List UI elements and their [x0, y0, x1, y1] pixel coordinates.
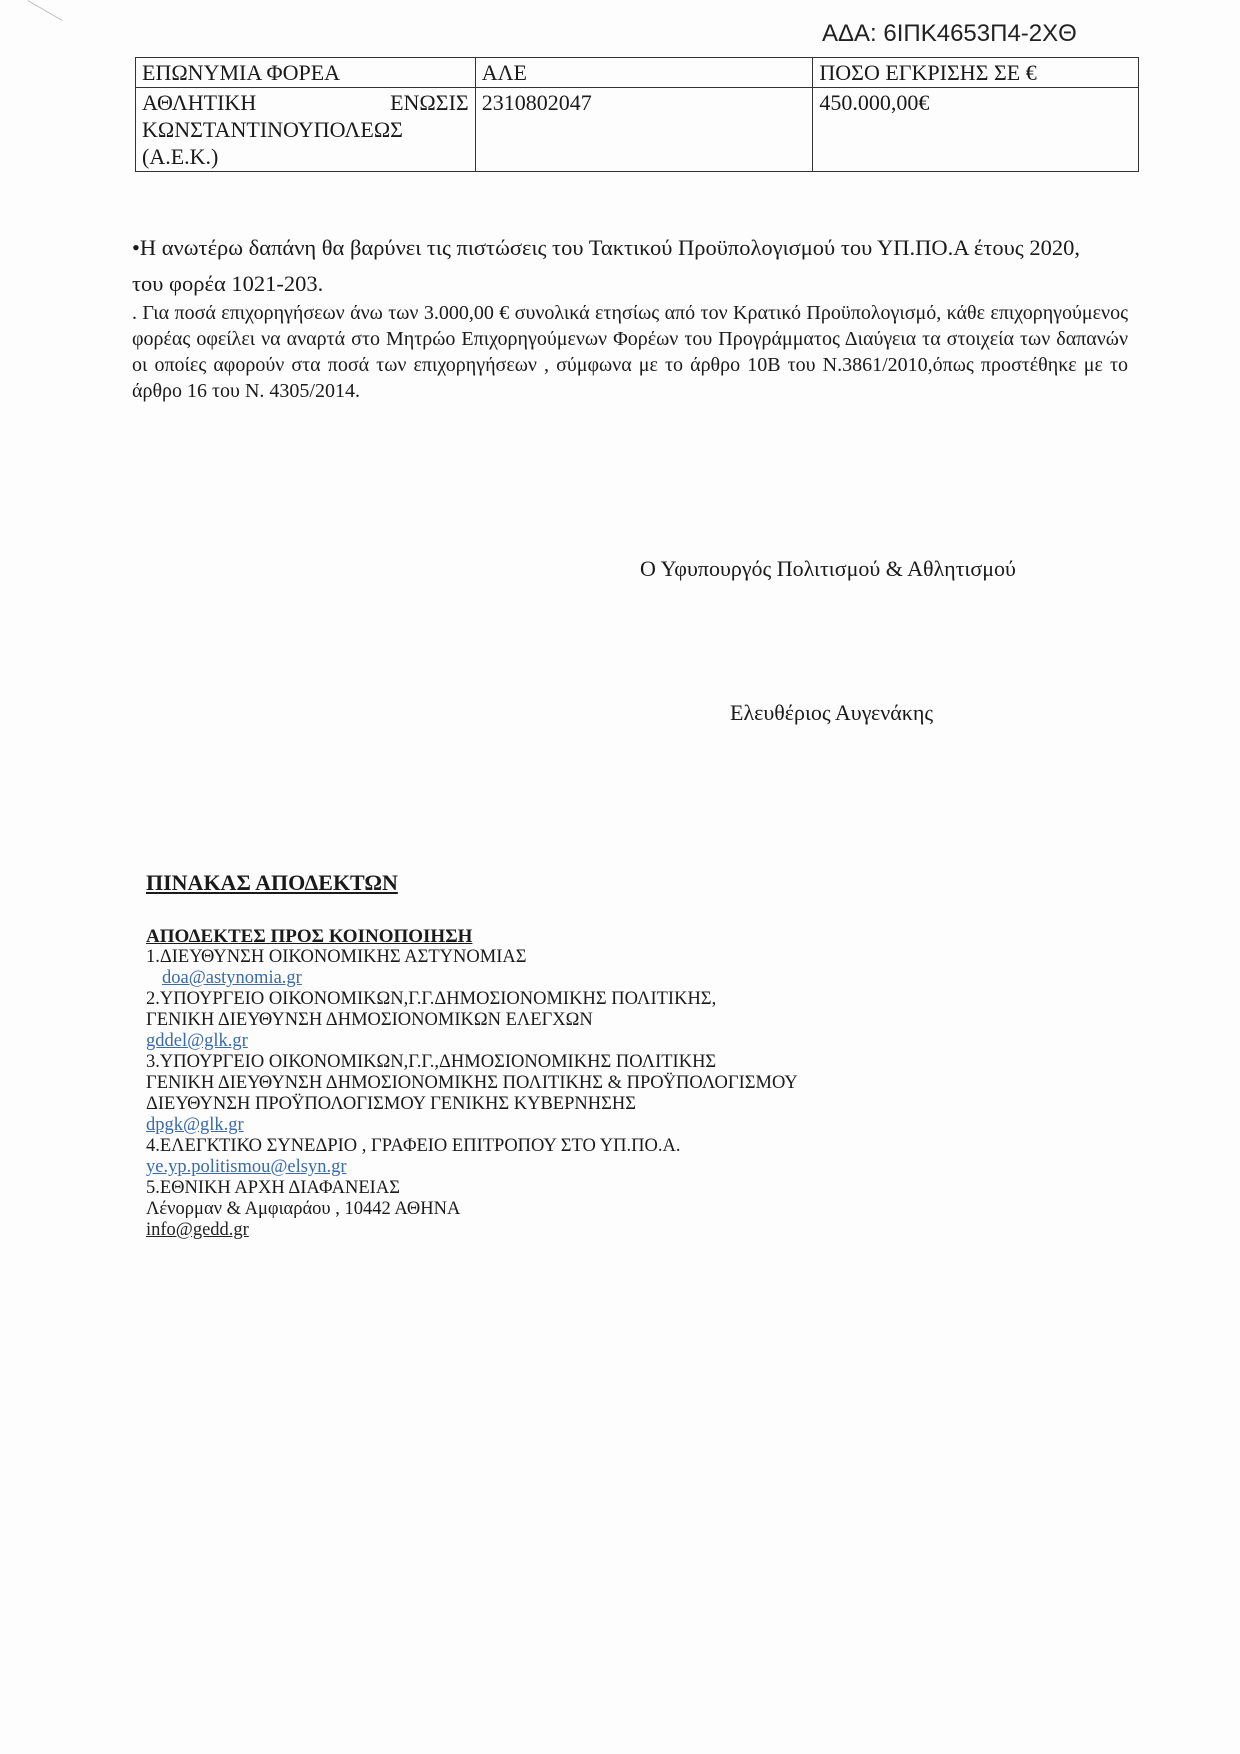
signatory-title: Ο Υφυπουργός Πολιτισμού & Αθλητισμού [640, 556, 1016, 582]
ada-code: ΑΔΑ: 6ΙΠΚ4653Π4-2ΧΘ [822, 20, 1077, 48]
recipient-line: 4.ΕΛΕΓΚΤΙΚΟ ΣΥΝΕΔΡΙΟ , ΓΡΑΦΕΙΟ ΕΠΙΤΡΟΠΟΥ… [146, 1136, 798, 1157]
table-row: ΑΘΛΗΤΙΚΗ ΕΝΩΣΙΣ ΚΩΝΣΤΑΝΤΙΝΟΥΠΟΛΕΩΣ (Α.Ε.… [136, 88, 1139, 172]
signatory-name: Ελευθέριος Αυγενάκης [730, 700, 933, 726]
list-item: 5.ΕΘΝΙΚΗ ΑΡΧΗ ΔΙΑΦΑΝΕΙΑΣΛένορμαν & Αμφια… [146, 1178, 798, 1241]
recipients-heading: ΠΙΝΑΚΑΣ ΑΠΟΔΕΚΤΩΝ [146, 870, 398, 896]
approved-amount: 450.000,00€ [813, 88, 1139, 172]
recipients-subheading: ΑΠΟΔΕΚΤΕΣ ΠΡΟΣ ΚΟΙΝΟΠΟΙΗΣΗ [146, 926, 798, 947]
recipients-list: ΑΠΟΔΕΚΤΕΣ ΠΡΟΣ ΚΟΙΝΟΠΟΙΗΣΗ 1.ΔΙΕΥΘΥΝΣΗ Ο… [146, 926, 798, 1241]
recipient-line: ΔΙΕΥΘΥΝΣΗ ΠΡΟΫΠΟΛΟΓΙΣΜΟΥ ΓΕΝΙΚΗΣ ΚΥΒΕΡΝΗ… [146, 1094, 798, 1115]
header-amount: ΠΟΣΟ ΕΓΚΡΙΣΗΣ ΣΕ € [813, 58, 1139, 88]
ale-code: 2310802047 [475, 88, 813, 172]
recipient-email-link[interactable]: dpgk@glk.gr [146, 1115, 244, 1136]
list-item: 1.ΔΙΕΥΘΥΝΣΗ ΟΙΚΟΝΟΜΙΚΗΣ ΑΣΤΥΝΟΜΙΑΣdoa@as… [146, 947, 798, 989]
header-ale: ΑΛΕ [475, 58, 813, 88]
scan-artifact [27, 0, 62, 21]
recipient-line: 3.ΥΠΟΥΡΓΕΙΟ ΟΙΚΟΝΟΜΙΚΩΝ,Γ.Γ.,ΔΗΜΟΣΙΟΝΟΜΙ… [146, 1052, 798, 1073]
transparency-paragraph: . Για ποσά επιχορηγήσεων άνω των 3.000,0… [132, 300, 1128, 404]
list-item: 4.ΕΛΕΓΚΤΙΚΟ ΣΥΝΕΔΡΙΟ , ΓΡΑΦΕΙΟ ΕΠΙΤΡΟΠΟΥ… [146, 1136, 798, 1178]
recipient-line: Λένορμαν & Αμφιαράου , 10442 ΑΘΗΝΑ [146, 1199, 798, 1220]
recipient-email-link[interactable]: info@gedd.gr [146, 1220, 249, 1241]
list-item: 2.ΥΠΟΥΡΓΕΙΟ ΟΙΚΟΝΟΜΙΚΩΝ,Γ.Γ.ΔΗΜΟΣΙΟΝΟΜΙΚ… [146, 989, 798, 1052]
recipient-email-link[interactable]: ye.yp.politismou@elsyn.gr [146, 1157, 346, 1178]
entity-name: ΑΘΛΗΤΙΚΗ ΕΝΩΣΙΣ ΚΩΝΣΤΑΝΤΙΝΟΥΠΟΛΕΩΣ (Α.Ε.… [136, 88, 476, 172]
header-entity-name: ΕΠΩΝΥΜΙΑ ΦΟΡΕΑ [136, 58, 476, 88]
recipient-line: ΓΕΝΙΚΗ ΔΙΕΥΘΥΝΣΗ ΔΗΜΟΣΙΟΝΟΜΙΚΩΝ ΕΛΕΓΧΩΝ [146, 1010, 798, 1031]
table-header-row: ΕΠΩΝΥΜΙΑ ΦΟΡΕΑ ΑΛΕ ΠΟΣΟ ΕΓΚΡΙΣΗΣ ΣΕ € [136, 58, 1139, 88]
list-item: 3.ΥΠΟΥΡΓΕΙΟ ΟΙΚΟΝΟΜΙΚΩΝ,Γ.Γ.,ΔΗΜΟΣΙΟΝΟΜΙ… [146, 1052, 798, 1136]
recipient-line: 2.ΥΠΟΥΡΓΕΙΟ ΟΙΚΟΝΟΜΙΚΩΝ,Γ.Γ.ΔΗΜΟΣΙΟΝΟΜΙΚ… [146, 989, 798, 1010]
recipient-email-link[interactable]: doa@astynomia.gr [162, 968, 302, 989]
recipient-email-link[interactable]: gddel@glk.gr [146, 1031, 248, 1052]
budget-paragraph: •Η ανωτέρω δαπάνη θα βαρύνει τις πιστώσε… [132, 230, 1092, 302]
recipient-line: 5.ΕΘΝΙΚΗ ΑΡΧΗ ΔΙΑΦΑΝΕΙΑΣ [146, 1178, 798, 1199]
recipient-line: ΓΕΝΙΚΗ ΔΙΕΥΘΥΝΣΗ ΔΗΜΟΣΙΟΝΟΜΙΚΗΣ ΠΟΛΙΤΙΚΗ… [146, 1073, 798, 1094]
recipient-line: 1.ΔΙΕΥΘΥΝΣΗ ΟΙΚΟΝΟΜΙΚΗΣ ΑΣΤΥΝΟΜΙΑΣ [146, 947, 798, 968]
grant-table: ΕΠΩΝΥΜΙΑ ΦΟΡΕΑ ΑΛΕ ΠΟΣΟ ΕΓΚΡΙΣΗΣ ΣΕ € ΑΘ… [135, 57, 1139, 172]
